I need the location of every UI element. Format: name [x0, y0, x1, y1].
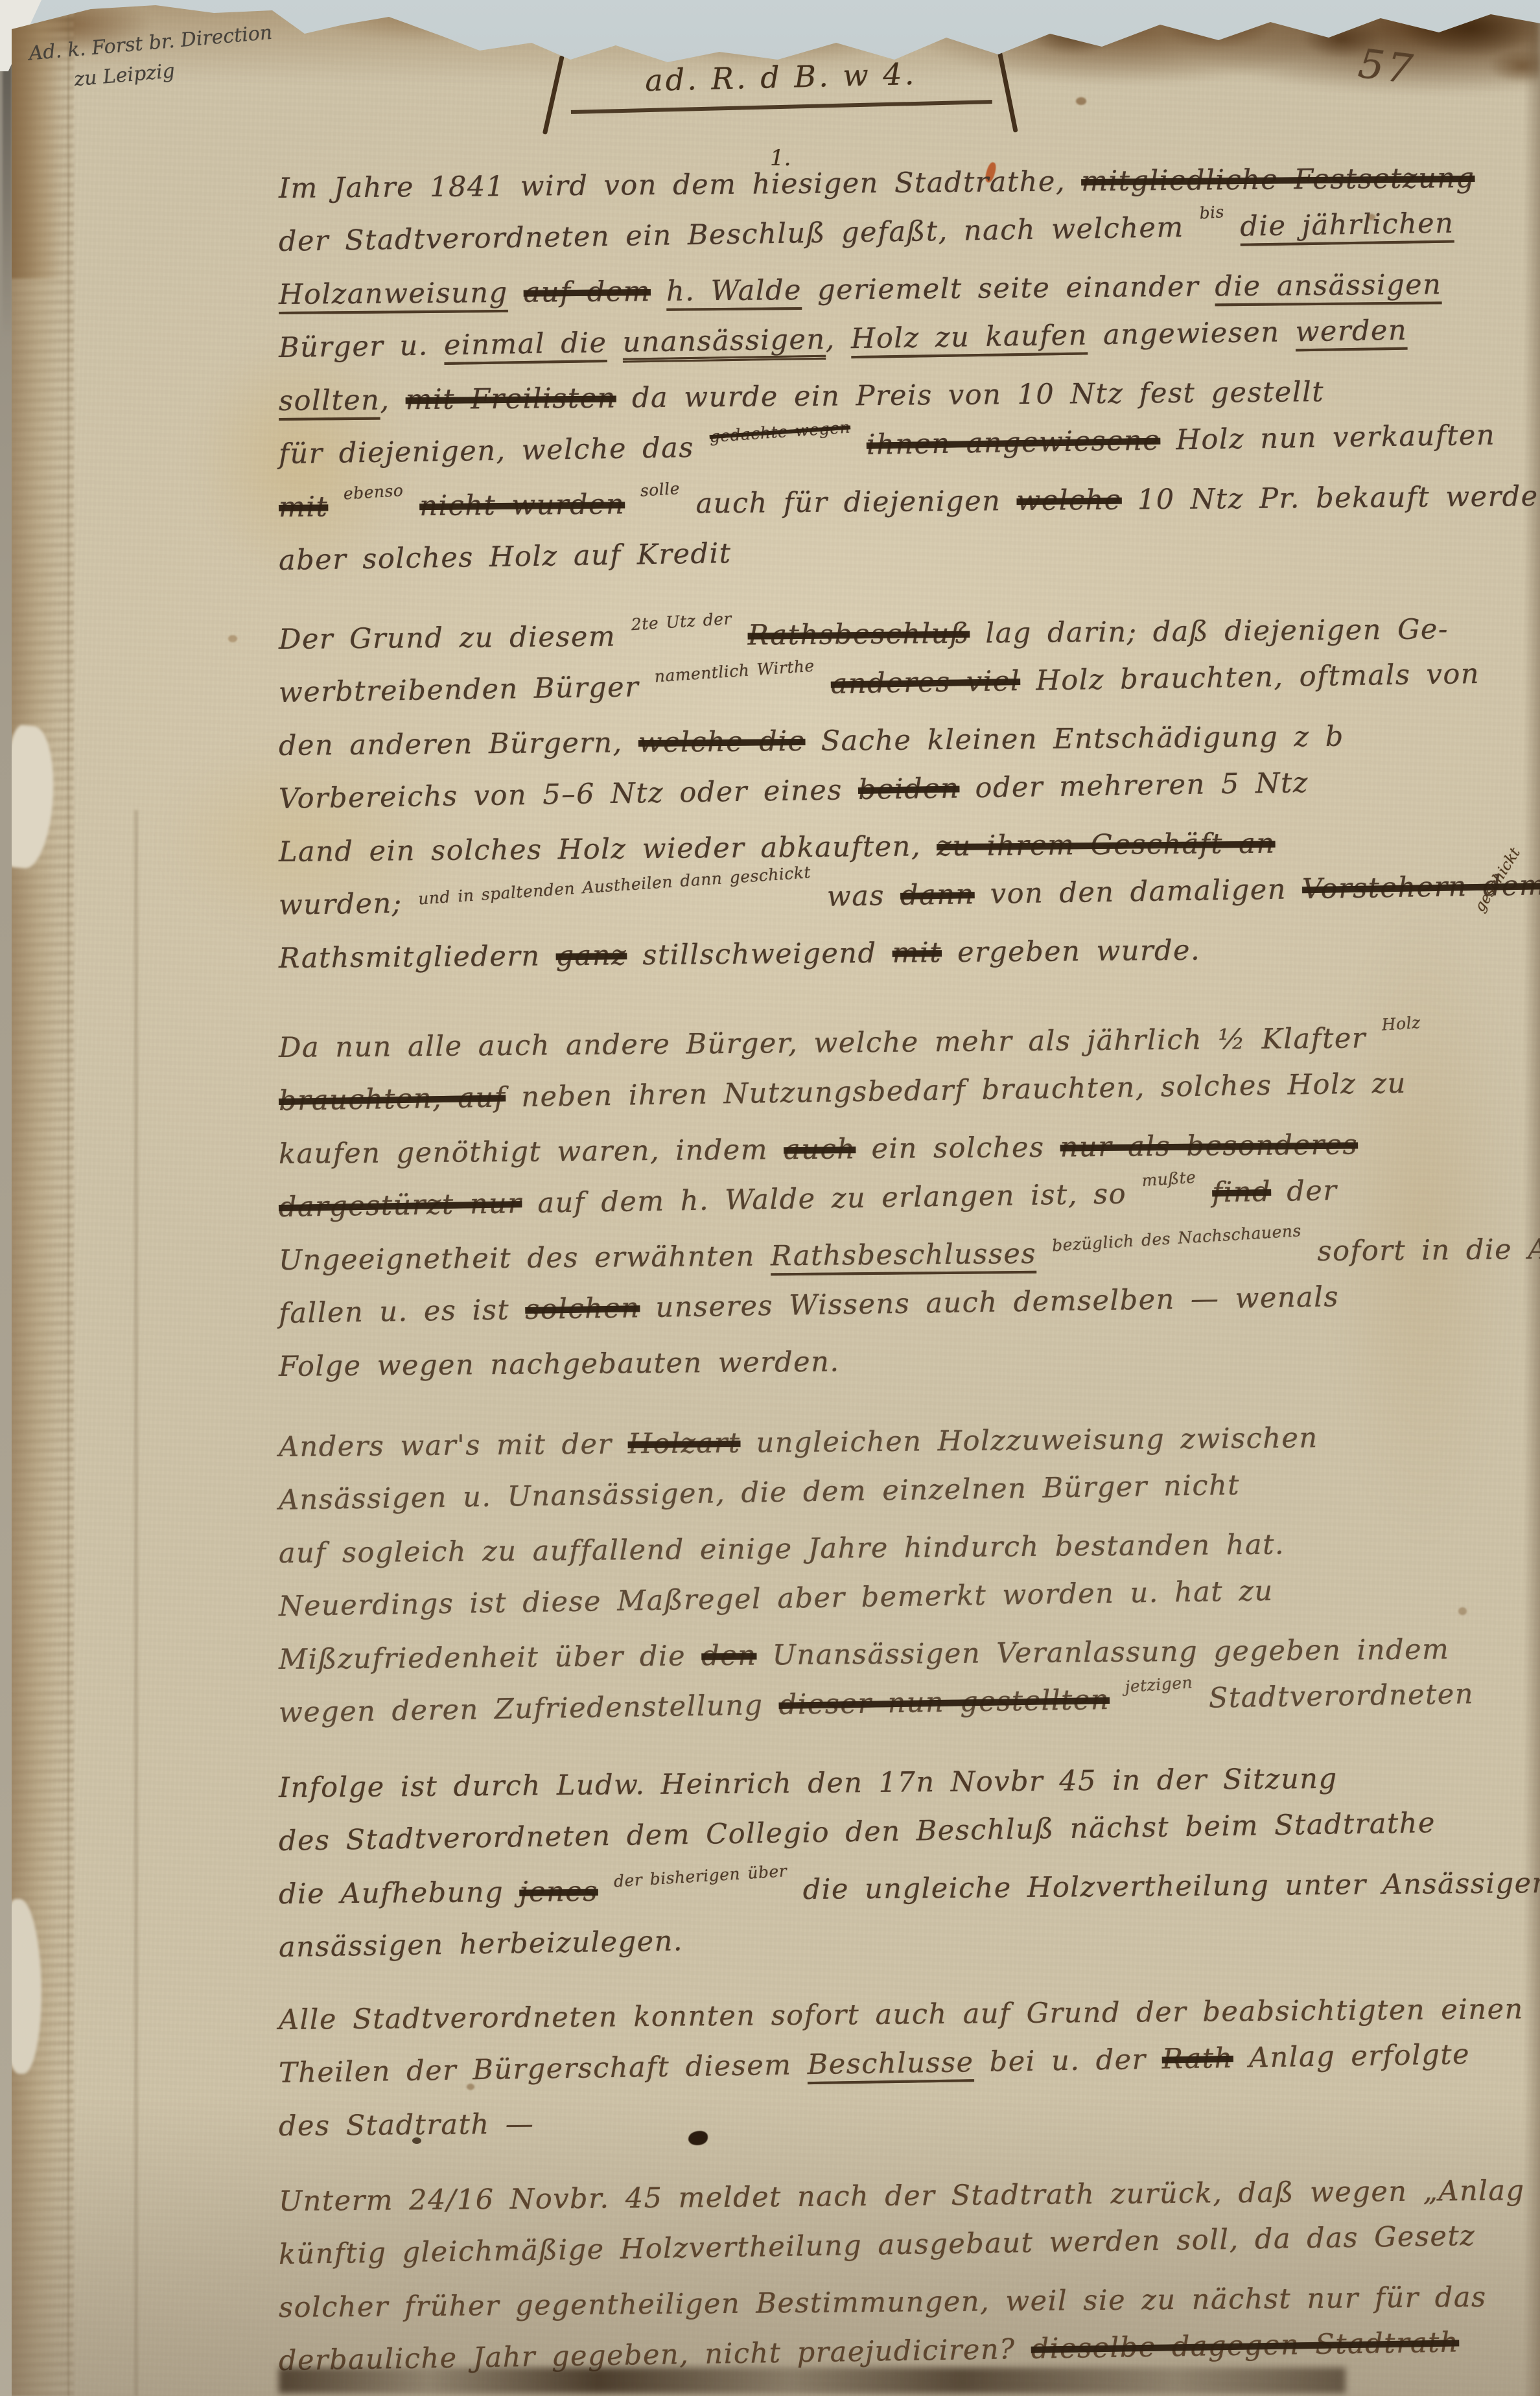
text-run: Theilen der Bürgerschaft diesem [279, 2049, 808, 2089]
struck-text: mit Freilisten [406, 382, 616, 416]
struck-text: nur als besonderes [1060, 1128, 1358, 1163]
text-run: was [811, 879, 900, 913]
inserted-text: mußte [1142, 1178, 1196, 1181]
struck-text: ganz [555, 939, 627, 972]
struck-text: auch [784, 1133, 856, 1166]
underlined-text: einmal die [444, 327, 607, 362]
inserted-text: und in spaltenden Austheilen dann geschi… [418, 872, 811, 899]
text-run [1110, 1683, 1126, 1716]
underlined-text: werden [1295, 314, 1407, 349]
struck-text: mit [279, 491, 329, 524]
fox-spot [1076, 97, 1086, 105]
inserted-text: der bisherigen über [614, 1871, 787, 1881]
inserted-text: bis [1200, 212, 1224, 214]
struck-text: den [701, 1640, 757, 1673]
text-run: Da nun alle auch andere Bürger, welche m… [279, 1022, 1382, 1064]
paragraph: Alle Stadtverordneten konnten sofort auc… [279, 1994, 1521, 2153]
struck-text: zu ihrem Geschäft an [937, 828, 1276, 863]
text-run: Vorbereichs von 5–6 Ntz oder eines [279, 774, 859, 815]
struck-text: mitgliedliche Festsetzung [1081, 162, 1475, 198]
text-run: die Aufhebung [279, 1876, 520, 1911]
text-run: aber solches Holz auf Kredit [279, 537, 732, 577]
text-run: Land ein solches Holz wieder abkauften, [279, 830, 937, 868]
underlined-text: Beschlusse [807, 2046, 974, 2081]
inserted-text: jetzigen [1125, 1682, 1193, 1687]
text-run: des Stadtverordneten dem Collegio den Be… [279, 1807, 1436, 1857]
text-run [651, 275, 667, 308]
struck-text: dieser nun gestellten [778, 1684, 1110, 1721]
docket-reference: ad. R. d B. w 4. [570, 54, 992, 114]
text-run: Unansässigen Veranlassung gegeben indem [756, 1633, 1449, 1671]
struck-text: welche die [638, 725, 806, 759]
text-run: künftig gleichmäßige Holzvertheilung aus… [279, 2220, 1476, 2271]
struck-text: nicht wurden [419, 488, 625, 522]
struck-text: Rath [1161, 2042, 1233, 2076]
struck-text: welche [1016, 484, 1122, 517]
underlined-text: Holzanweisung [279, 277, 508, 311]
struck-text: find [1212, 1176, 1272, 1209]
text-run: des Stadtrath — [279, 2108, 535, 2143]
text-run: fallen u. es ist [279, 1294, 526, 1330]
struck-text: ihnen angewiesene [866, 425, 1160, 461]
text-run: , [380, 384, 406, 416]
text-run: von den damaligen [974, 873, 1302, 911]
underlined-text: unansässigen [622, 323, 826, 359]
text-run: der Stadtverordneten ein Beschluß gefaßt… [279, 211, 1200, 258]
underlined-text: Holz zu kaufen [851, 319, 1088, 355]
manuscript-line: des Stadtrath — [279, 2089, 1521, 2153]
text-run: Rathsmitgliedern [279, 940, 556, 975]
text-run: Im Jahre 1841 wird von dem hiesigen Stad… [279, 165, 1082, 205]
text-run: auf sogleich zu auffallend einige Jahre … [279, 1528, 1285, 1570]
manuscript-photo: Ad. k. Forst br. Direction zu Leipzig ad… [0, 0, 1540, 2396]
text-run: stillschweigend [627, 937, 892, 972]
text-run: auf dem h. Walde zu erlangen ist, so [522, 1178, 1143, 1220]
struck-text: solchen [525, 1292, 640, 1326]
text-run: 10 Ntz Pr. bekauft werden [1122, 480, 1540, 517]
text-run: Sache kleinen Entschädigung z b [805, 721, 1344, 758]
text-run: , [825, 323, 851, 356]
text-run: für diejenigen, welche das [279, 432, 710, 471]
manuscript-page: Ad. k. Forst br. Direction zu Leipzig ad… [0, 0, 1540, 2396]
struck-text: dann [900, 878, 975, 912]
text-run: da wurde ein Preis von 10 Ntz fest geste… [616, 376, 1325, 415]
text-run: den anderen Bürgern, [279, 727, 638, 762]
text-run [850, 429, 867, 461]
right-edge-shadow [1523, 0, 1540, 2396]
fox-spot [228, 635, 237, 642]
text-run [404, 490, 420, 522]
text-run: werbtreibenden Bürger [279, 671, 655, 709]
text-run: wegen deren Zufriedenstellung [279, 1689, 779, 1729]
text-run: Anlag erfolgte [1233, 2038, 1470, 2075]
text-run [815, 668, 831, 701]
text-run: Mißzufriedenheit über die [279, 1640, 702, 1676]
paragraph: Im Jahre 1841 wird von dem hiesigen Stad… [279, 162, 1521, 587]
paragraph: Der Grund zu diesem 2te Utz der Rathsbes… [279, 613, 1521, 985]
text-run [1224, 211, 1241, 243]
text-run [732, 620, 748, 652]
inserted-text: 2te Utz der [631, 619, 732, 625]
text-run: Ansässigen u. Unansässigen, die dem einz… [279, 1469, 1241, 1517]
text-run: Bürger u. [279, 329, 445, 364]
inserted-text: ebenso [344, 491, 403, 494]
underlined-text: die jährlichen [1240, 207, 1454, 243]
struck-text: mit [892, 936, 942, 970]
text-run: geriemelt seite einander [802, 270, 1215, 307]
text-run: Neuerdings ist diese Maßregel aber bemer… [279, 1575, 1274, 1623]
struck-text: beiden [858, 773, 960, 806]
text-run: ein solches [856, 1131, 1060, 1165]
text-run: neben ihren Nutzungsbedarf brauchten, so… [506, 1067, 1407, 1114]
text-run: Holz brauchten, oftmals von [1020, 658, 1480, 697]
text-run: bei u. der [974, 2043, 1162, 2079]
underlined-text: h. Walde [666, 274, 802, 308]
fold-crease [67, 0, 69, 2396]
text-run: auch für diejenigen [680, 485, 1016, 520]
manuscript-line: Rathsmitgliedern ganz stillschweigend mi… [279, 921, 1521, 985]
paragraph: Unterm 24/16 Novbr. 45 meldet nach der S… [279, 2175, 1521, 2388]
text-run: Ungeeignetheit des erwähnten [279, 1240, 771, 1277]
text-run: ungleichen Holzzuweisung zwischen [740, 1422, 1318, 1460]
text-run: wurden; [279, 887, 419, 922]
text-run: Folge wegen nachgebauten werden. [279, 1345, 840, 1383]
paragraph: Da nun alle auch andere Bürger, welche m… [279, 1021, 1521, 1393]
struck-text: Rathsbeschluß [747, 618, 970, 652]
page-number: 57 [1356, 40, 1417, 93]
struck-text: Vorstehern dem Holz zugeneigt [1302, 865, 1540, 905]
text-run [328, 491, 344, 523]
inserted-text: Holz [1382, 1023, 1421, 1025]
text-run: Anders war's mit der [279, 1428, 628, 1463]
text-run: sofort in die Augen [1301, 1233, 1540, 1268]
text-run: Infolge ist durch Ludw. Heinrich den 17n… [279, 1763, 1338, 1804]
text-run [598, 1875, 614, 1907]
text-run: Holz nun verkauften [1160, 419, 1496, 457]
inserted-text: namentlich Wirthe [655, 666, 815, 677]
inserted-text: bezüglich des Nachschauens [1052, 1231, 1301, 1246]
text-run: solcher früher gegentheiligen Bestimmung… [279, 2281, 1487, 2324]
underlined-text: die ansässigen [1215, 268, 1441, 303]
text-run: oder mehreren 5 Ntz [959, 767, 1309, 804]
struck-text: jenes [519, 1876, 598, 1909]
struck-text: anderes viel [830, 665, 1020, 701]
text-run: kaufen genöthigt waren, indem [279, 1134, 784, 1170]
struck-text: brauchten, auf [279, 1082, 506, 1117]
text-run [1196, 1176, 1213, 1209]
inserted-text: solle [640, 489, 680, 491]
struck-text: dieselbe dagegen Stadtrath [1031, 2326, 1459, 2365]
text-run: ergeben wurde. [942, 935, 1201, 969]
manuscript-line: Folge wegen nachgebauten werden. [279, 1329, 1521, 1393]
text-run [625, 488, 641, 520]
text-run [507, 277, 524, 309]
text-run: unseres Wissens auch demselben — wenals [640, 1281, 1339, 1324]
text-run: die ungleiche Holzvertheilung unter Ansä… [787, 1866, 1540, 1906]
struck-text: dargestürzt nur [279, 1187, 522, 1224]
struck-text: Holzart [628, 1427, 741, 1461]
underlined-text: sollten [279, 384, 380, 417]
underlined-text: Rathsbeschlusses [771, 1238, 1036, 1273]
text-run: Stadtverordneten [1193, 1678, 1474, 1715]
struck-text: gedachte wegen [710, 427, 850, 437]
text-run: lag darin; daß diejenigen Ge- [970, 613, 1449, 649]
text-run [607, 327, 623, 359]
text-run [1036, 1238, 1053, 1270]
paragraph: Anders war's mit der Holzart ungleichen … [279, 1421, 1521, 1739]
struck-text: auf dem [524, 275, 651, 309]
paragraph: Infolge ist durch Ludw. Heinrich den 17n… [279, 1762, 1521, 1974]
browned-corner [957, 0, 1540, 110]
text-run: Der Grund zu diesem [279, 620, 632, 656]
manuscript-body: Im Jahre 1841 wird von dem hiesigen Stad… [279, 162, 1521, 2388]
text-run: ansässigen herbeizulegen. [279, 1925, 684, 1964]
cut-off-line-band [279, 2367, 1346, 2393]
text-run: angewiesen [1087, 316, 1296, 351]
text-run: der [1271, 1174, 1338, 1208]
